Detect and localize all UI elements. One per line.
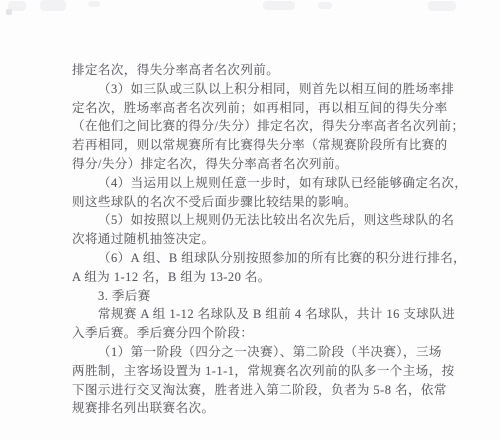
text-line: 定名次，胜场率高者名次列前；如再相同，再以相互间的得失分率 — [72, 99, 450, 118]
text-line: （6）A 组、B 组球队分别按照参加的所有比赛的积分进行排名， — [72, 249, 450, 268]
section-heading: 3. 季后赛 — [72, 287, 450, 306]
text-line: 下图示进行交叉淘汰赛，胜者进入第二阶段，负者为 5-8 名，依常 — [72, 381, 450, 400]
document-text: 排定名次，得失分率高者名次列前。（3）如三队或三队以上积分相同，则首先以相互间的… — [72, 61, 450, 418]
scan-artifact — [6, 9, 12, 15]
text-line: （1）第一阶段（四分之一决赛）、第二阶段（半决赛），三场 — [72, 343, 450, 362]
text-line: （在他们之间比赛的得分/失分）排定名次，得失分率高者名次列前； — [72, 117, 450, 136]
text-line: A 组为 1-12 名，B 组为 13-20 名。 — [72, 268, 450, 287]
scan-artifact — [263, 1, 295, 10]
text-line: 若再相同，则以常规赛所有比赛得失分率（常规赛阶段所有比赛的 — [72, 136, 450, 155]
text-line: 两胜制，主客场设置为 1-1-1，常规赛名次列前的队多一个主场，按 — [72, 362, 450, 381]
scan-artifact — [88, 1, 100, 7]
text-line: 规赛排名列出联赛名次。 — [72, 399, 450, 418]
text-line: （4）当运用以上规则任意一步时，如有球队已经能够确定名次， — [72, 174, 450, 193]
text-line: 次将通过随机抽签决定。 — [72, 230, 450, 249]
text-line: 得分/失分）排定名次，得失分率高者名次列前。 — [72, 155, 450, 174]
text-line: 排定名次，得失分率高者名次列前。 — [72, 61, 450, 80]
scan-artifact — [318, 2, 332, 9]
scan-artifact — [428, 1, 456, 11]
document-page: 排定名次，得失分率高者名次列前。（3）如三队或三队以上积分相同，则首先以相互间的… — [0, 0, 500, 440]
scan-artifact — [40, 0, 66, 11]
text-line: 常规赛 A 组 1-12 名球队及 B 组前 4 名球队，共计 16 支球队进 — [72, 305, 450, 324]
text-line: 则这些球队的名次不受后面步骤比较结果的影响。 — [72, 193, 450, 212]
text-line: 入季后赛。季后赛分四个阶段： — [72, 324, 450, 343]
text-line: （3）如三队或三队以上积分相同，则首先以相互间的胜场率排 — [72, 80, 450, 99]
text-line: （5）如按照以上规则仍无法比较出名次先后，则这些球队的名 — [72, 211, 450, 230]
